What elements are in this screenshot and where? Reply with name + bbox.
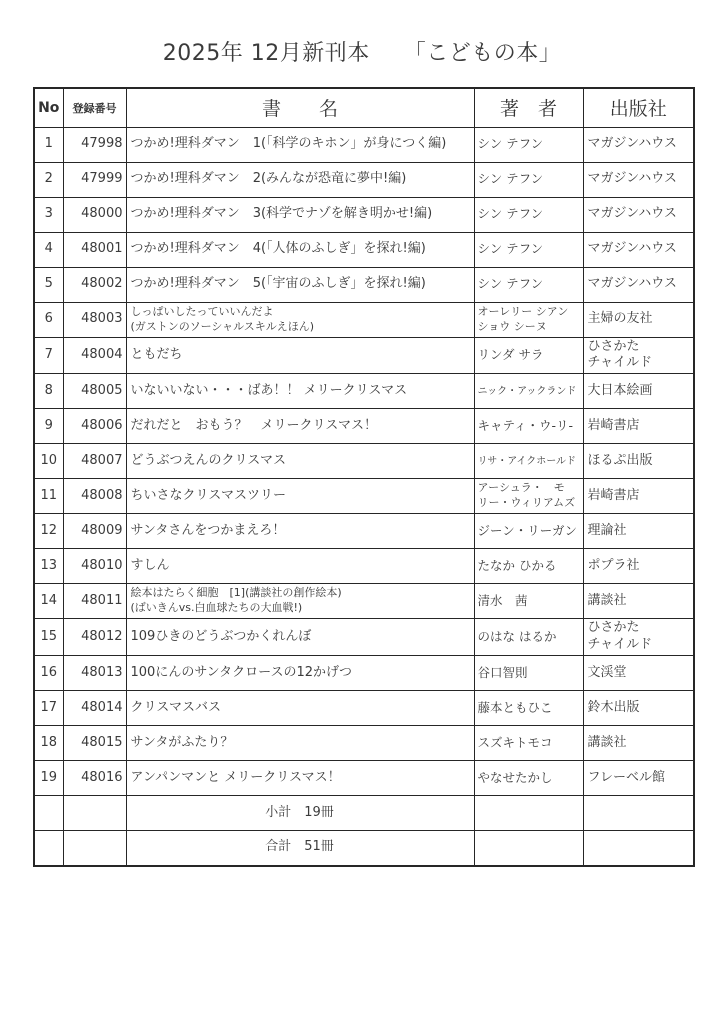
row-book-title: どうぶつえんのクリスマス xyxy=(126,444,474,479)
row-author: のはな はるか xyxy=(474,619,583,656)
row-registration: 48016 xyxy=(63,761,126,796)
row-no: 8 xyxy=(34,374,63,409)
row-registration: 47998 xyxy=(63,127,126,162)
row-publisher: ポプラ社 xyxy=(583,549,694,584)
row-book-title: すしん xyxy=(126,549,474,584)
table-row: 1948016アンパンマンと メリークリスマス！やなせたかしフレーベル館 xyxy=(34,761,694,796)
row-publisher: 講談社 xyxy=(583,726,694,761)
row-no: 6 xyxy=(34,302,63,337)
row-no: 11 xyxy=(34,479,63,514)
row-no: 10 xyxy=(34,444,63,479)
row-registration: 48003 xyxy=(63,302,126,337)
row-author: シン テフン xyxy=(474,162,583,197)
row-book-title: 100にんのサンタクロースの12かげつ xyxy=(126,656,474,691)
row-no: 14 xyxy=(34,584,63,619)
row-book-title: ちいさなクリスマスツリー xyxy=(126,479,474,514)
row-registration: 48009 xyxy=(63,514,126,549)
row-no: 3 xyxy=(34,197,63,232)
row-author: ジーン・リーガン xyxy=(474,514,583,549)
row-book-title: 109ひきのどうぶつかくれんぼ xyxy=(126,619,474,656)
empty-cell xyxy=(474,831,583,866)
table-row: 748004ともだちリンダ サラひさかた チャイルド xyxy=(34,337,694,374)
table-row: 548002つかめ!理科ダマン 5(「宇宙のふしぎ」を探れ!編)シン テフンマガ… xyxy=(34,267,694,302)
row-publisher: 大日本絵画 xyxy=(583,374,694,409)
empty-cell xyxy=(63,796,126,831)
book-table: No 登録番号 書 名 著 者 出版社 147998つかめ!理科ダマン 1(「科… xyxy=(33,87,695,867)
row-publisher: 鈴木出版 xyxy=(583,691,694,726)
table-row: 648003しっぱいしたっていいんだよ (ガストンのソーシャルスキルえほん)オー… xyxy=(34,302,694,337)
table-row: 1148008ちいさなクリスマスツリーアーシュラ・ モ リー・ウィリアムズ岩崎書… xyxy=(34,479,694,514)
empty-cell xyxy=(583,796,694,831)
table-row: 1248009サンタさんをつかまえろ！ジーン・リーガン理論社 xyxy=(34,514,694,549)
row-book-title: いないいない・・・ばあ！！ メリークリスマス xyxy=(126,374,474,409)
empty-cell xyxy=(63,831,126,866)
row-publisher: 講談社 xyxy=(583,584,694,619)
row-author: やなせたかし xyxy=(474,761,583,796)
row-registration: 48000 xyxy=(63,197,126,232)
table-row: 1648013100にんのサンタクロースの12かげつ谷口智則文渓堂 xyxy=(34,656,694,691)
row-no: 2 xyxy=(34,162,63,197)
row-author: 谷口智則 xyxy=(474,656,583,691)
row-registration: 48005 xyxy=(63,374,126,409)
row-publisher: 理論社 xyxy=(583,514,694,549)
row-publisher: マガジンハウス xyxy=(583,197,694,232)
row-publisher: ほるぷ出版 xyxy=(583,444,694,479)
table-row: 848005いないいない・・・ばあ！！ メリークリスマスニック・アックランド大日… xyxy=(34,374,694,409)
total-row: 合計 51冊 xyxy=(34,831,694,866)
row-no: 13 xyxy=(34,549,63,584)
row-author: アーシュラ・ モ リー・ウィリアムズ xyxy=(474,479,583,514)
row-publisher: 岩崎書店 xyxy=(583,409,694,444)
empty-cell xyxy=(34,796,63,831)
subtotal-label: 小計 19冊 xyxy=(126,796,474,831)
row-author: シン テフン xyxy=(474,127,583,162)
table-row: 348000つかめ!理科ダマン 3(科学でナゾを解き明かせ!編)シン テフンマガ… xyxy=(34,197,694,232)
column-header-publisher: 出版社 xyxy=(583,88,694,127)
row-registration: 48011 xyxy=(63,584,126,619)
row-no: 12 xyxy=(34,514,63,549)
total-label: 合計 51冊 xyxy=(126,831,474,866)
row-registration: 48008 xyxy=(63,479,126,514)
row-publisher: フレーベル館 xyxy=(583,761,694,796)
column-header-registration: 登録番号 xyxy=(63,88,126,127)
row-publisher: 岩崎書店 xyxy=(583,479,694,514)
row-registration: 48010 xyxy=(63,549,126,584)
row-publisher: マガジンハウス xyxy=(583,232,694,267)
column-header-author: 著 者 xyxy=(474,88,583,127)
row-author: シン テフン xyxy=(474,232,583,267)
column-header-no: No xyxy=(34,88,63,127)
row-author: たなか ひかる xyxy=(474,549,583,584)
row-no: 4 xyxy=(34,232,63,267)
row-book-title: つかめ!理科ダマン 4(「人体のふしぎ」を探れ!編) xyxy=(126,232,474,267)
table-row: 948006だれだと おもう？ メリークリスマス！キャティ・ウ-リ-岩崎書店 xyxy=(34,409,694,444)
table-row: 147998つかめ!理科ダマン 1(「科学のキホン」が身につく編)シン テフンマ… xyxy=(34,127,694,162)
empty-cell xyxy=(474,796,583,831)
page-title: 2025年 12月新刊本 「こどもの本」 xyxy=(0,0,724,67)
column-header-book-title: 書 名 xyxy=(126,88,474,127)
row-publisher: ひさかた チャイルド xyxy=(583,619,694,656)
row-author: ニック・アックランド xyxy=(474,374,583,409)
empty-cell xyxy=(583,831,694,866)
row-registration: 48001 xyxy=(63,232,126,267)
row-no: 16 xyxy=(34,656,63,691)
row-no: 18 xyxy=(34,726,63,761)
row-no: 19 xyxy=(34,761,63,796)
row-registration: 47999 xyxy=(63,162,126,197)
row-author: オーレリー シアン ショウ シーヌ xyxy=(474,302,583,337)
row-author: リンダ サラ xyxy=(474,337,583,374)
row-author: 藤本ともひこ xyxy=(474,691,583,726)
table-row: 247999つかめ!理科ダマン 2(みんなが恐竜に夢中!編)シン テフンマガジン… xyxy=(34,162,694,197)
row-book-title: つかめ!理科ダマン 2(みんなが恐竜に夢中!編) xyxy=(126,162,474,197)
row-no: 9 xyxy=(34,409,63,444)
row-registration: 48013 xyxy=(63,656,126,691)
row-author: スズキトモコ xyxy=(474,726,583,761)
row-publisher: 文渓堂 xyxy=(583,656,694,691)
table-row: 1548012109ひきのどうぶつかくれんぼのはな はるかひさかた チャイルド xyxy=(34,619,694,656)
empty-cell xyxy=(34,831,63,866)
row-publisher: マガジンハウス xyxy=(583,267,694,302)
row-no: 1 xyxy=(34,127,63,162)
table-row: 448001つかめ!理科ダマン 4(「人体のふしぎ」を探れ!編)シン テフンマガ… xyxy=(34,232,694,267)
row-book-title: クリスマスバス xyxy=(126,691,474,726)
table-row: 1848015サンタがふたり？スズキトモコ講談社 xyxy=(34,726,694,761)
row-author: シン テフン xyxy=(474,197,583,232)
row-book-title: しっぱいしたっていいんだよ (ガストンのソーシャルスキルえほん) xyxy=(126,302,474,337)
row-publisher: マガジンハウス xyxy=(583,127,694,162)
row-publisher: 主婦の友社 xyxy=(583,302,694,337)
document-page: 2025年 12月新刊本 「こどもの本」 No 登録番号 書 名 著 者 出版社… xyxy=(0,0,724,1024)
row-author: 清水 茜 xyxy=(474,584,583,619)
row-registration: 48002 xyxy=(63,267,126,302)
row-registration: 48012 xyxy=(63,619,126,656)
row-book-title: ともだち xyxy=(126,337,474,374)
row-registration: 48006 xyxy=(63,409,126,444)
row-book-title: アンパンマンと メリークリスマス！ xyxy=(126,761,474,796)
table-row: 1048007どうぶつえんのクリスマスリサ・アイクホールドほるぷ出版 xyxy=(34,444,694,479)
row-no: 5 xyxy=(34,267,63,302)
row-author: キャティ・ウ-リ- xyxy=(474,409,583,444)
row-registration: 48014 xyxy=(63,691,126,726)
row-no: 17 xyxy=(34,691,63,726)
table-row: 1748014クリスマスバス藤本ともひこ鈴木出版 xyxy=(34,691,694,726)
table-row: 1448011絵本はたらく細胞 [1](講談社の創作絵本) (ばいきんvs.白血… xyxy=(34,584,694,619)
row-book-title: サンタがふたり？ xyxy=(126,726,474,761)
row-publisher: マガジンハウス xyxy=(583,162,694,197)
row-book-title: 絵本はたらく細胞 [1](講談社の創作絵本) (ばいきんvs.白血球たちの大血戦… xyxy=(126,584,474,619)
row-no: 15 xyxy=(34,619,63,656)
row-registration: 48007 xyxy=(63,444,126,479)
row-book-title: つかめ!理科ダマン 3(科学でナゾを解き明かせ!編) xyxy=(126,197,474,232)
row-book-title: つかめ!理科ダマン 1(「科学のキホン」が身につく編) xyxy=(126,127,474,162)
row-author: リサ・アイクホールド xyxy=(474,444,583,479)
row-book-title: サンタさんをつかまえろ！ xyxy=(126,514,474,549)
row-author: シン テフン xyxy=(474,267,583,302)
table-row: 1348010すしんたなか ひかるポプラ社 xyxy=(34,549,694,584)
header-row: No 登録番号 書 名 著 者 出版社 xyxy=(34,88,694,127)
row-book-title: つかめ!理科ダマン 5(「宇宙のふしぎ」を探れ!編) xyxy=(126,267,474,302)
row-book-title: だれだと おもう？ メリークリスマス！ xyxy=(126,409,474,444)
row-registration: 48004 xyxy=(63,337,126,374)
subtotal-row: 小計 19冊 xyxy=(34,796,694,831)
row-registration: 48015 xyxy=(63,726,126,761)
row-no: 7 xyxy=(34,337,63,374)
row-publisher: ひさかた チャイルド xyxy=(583,337,694,374)
